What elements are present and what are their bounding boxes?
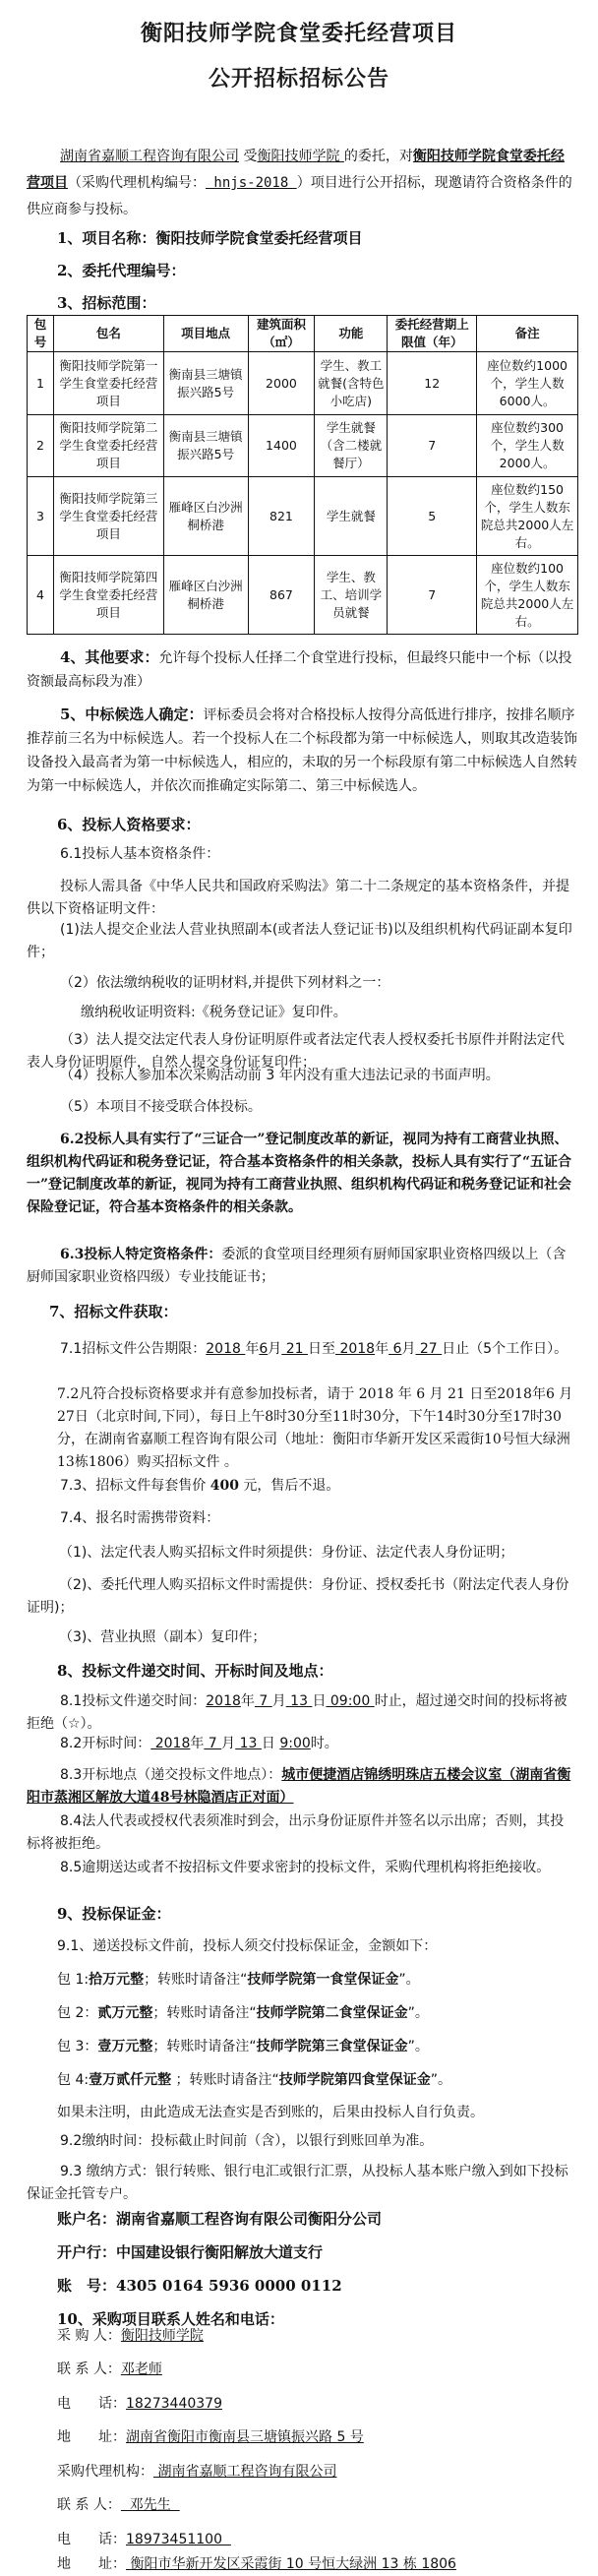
col-header-package-name: 包名 bbox=[53, 316, 163, 352]
section-3-heading: 3、招标范围： bbox=[57, 291, 598, 315]
deposit-warning: 如果未注明，由此造成无法查实是否到账的，后果由投标人自行负责。 bbox=[57, 2101, 578, 2124]
s7-4-item-2: （2)、委托代理人购买招标文件时需提供：身份证、授权委托书（附法定代表人身份证明… bbox=[27, 1574, 577, 1620]
contact-purchaser-phone: 电 话：18273440379 bbox=[57, 2394, 222, 2414]
client-name: 衡阳技师学院 bbox=[257, 149, 343, 164]
s7-2-paragraph: 7.2凡符合投标资格要求并有意参加投标者，请于 2018 年 6 月 21 日至… bbox=[57, 1383, 578, 1474]
section-8-heading: 8、投标文件递交时间、开标时间及地点： bbox=[57, 1659, 598, 1683]
col-header-location: 项目地点 bbox=[163, 316, 248, 352]
s6-1-item-2: （2）依法缴纳税收的证明材料,并提供下列材料之一： bbox=[27, 971, 577, 995]
page-title-line2: 公开招标招标公告 bbox=[0, 67, 598, 91]
section-6-heading: 6、投标人资格要求： bbox=[57, 813, 598, 836]
scope-table: 包号 包名 项目地点 建筑面积（㎡） 功能 委托经营期上限值（年） 备注 1 衡… bbox=[27, 315, 578, 635]
s9-1-paragraph: 9.1、递送投标文件前，投标人须交付投标保证金，金额如下： bbox=[57, 1934, 578, 1958]
s7-4-item-1: （1)、法定代表人购买招标文件时须提供：身份证、法定代表人身份证明； bbox=[59, 1541, 580, 1564]
s7-4-heading: 7.4、报名时需携带资料： bbox=[27, 1506, 577, 1530]
document-price: 400 bbox=[210, 1478, 239, 1494]
contact-agency-phone: 电 话：18973451100 bbox=[57, 2530, 231, 2549]
contact-purchaser-person: 联 系 人：邓老师 bbox=[57, 2360, 162, 2379]
s7-4-item-3: （3)、营业执照（副本）复印件； bbox=[59, 1625, 580, 1649]
deposit-package-1: 包 1:拾万元整；转账时请备注“技师学院第一食堂保证金”。 bbox=[57, 1968, 578, 1992]
col-header-area: 建筑面积（㎡） bbox=[248, 316, 315, 352]
agency-name: 湖南省嘉顺工程咨询有限公司 bbox=[60, 149, 239, 164]
col-header-remarks: 备注 bbox=[477, 316, 578, 352]
section-5-paragraph: 5、中标候选人确定：评标委员会将对合格投标人按得分高低进行排序，按排名顺序推荐前… bbox=[27, 703, 577, 798]
contact-agency: 采购代理机构： 湖南省嘉顺工程咨询有限公司 bbox=[57, 2462, 336, 2482]
col-header-package-no: 包号 bbox=[28, 316, 54, 352]
s6-1-heading: 6.1投标人基本资格条件： bbox=[27, 842, 577, 866]
section-7-heading: 7、招标文件获取： bbox=[49, 1300, 598, 1323]
section-2-heading: 2、委托代理编号： bbox=[57, 259, 598, 282]
s8-3-paragraph: 8.3开标地点（递交投标文件地点）：城市便捷酒店锦绣明珠店五楼会议室（湖南省衡阳… bbox=[27, 1764, 577, 1809]
s8-1-paragraph: 8.1投标文件递交时间：2018年 7 月 13 日 09:00 时止，超过递交… bbox=[27, 1690, 577, 1736]
s8-5-paragraph: 8.5逾期送达或者不按招标文件要求密封的投标文件，采购代理机构将拒绝接收。 bbox=[27, 1857, 577, 1879]
s6-1-item-4: （4）投标人参加本次采购活动前 3 年内没有重大违法记录的书面声明。 bbox=[27, 1064, 577, 1087]
table-row: 1 衡阳技师学院第一学生食堂委托经营项目 衡南县三塘镇振兴路5号 2000 学生… bbox=[28, 352, 578, 415]
s6-2-paragraph: 6.2投标人具有实行了“三证合一”登记制度改革的新证，视同为持有工商营业执照、组… bbox=[27, 1129, 577, 1219]
s9-2-paragraph: 9.2缴纳时间：投标截止时间前（含），以银行到账回单为准。 bbox=[27, 2129, 577, 2153]
s6-1-item-5: （5）本项目不接受联合体投标。 bbox=[27, 1095, 577, 1119]
s6-1-item-1: (1)法人提交企业法人营业执照副本(或者法人登记证书)以及组织机构代码证副本复印… bbox=[27, 919, 577, 964]
s6-3-paragraph: 6.3投标人特定资格条件：委派的食堂项目经理须有厨师国家职业资格四级以上（含厨师… bbox=[27, 1244, 577, 1289]
col-header-function: 功能 bbox=[315, 316, 388, 352]
table-row: 4 衡阳技师学院第四学生食堂委托经营项目 雁峰区白沙洲桐桥港 867 学生、教工… bbox=[28, 556, 578, 635]
s9-3-paragraph: 9.3 缴纳方式：银行转账、银行电汇或银行汇票，从投标人基本账户缴入到如下投标保… bbox=[27, 2161, 577, 2206]
account-name: 账户名：湖南省嘉顺工程咨询有限公司衡阳分公司 bbox=[57, 2207, 578, 2231]
page-title-line1: 衡阳技师学院食堂委托经营项目 bbox=[0, 22, 598, 45]
intro-paragraph: 湖南省嘉顺工程咨询有限公司 受衡阳技师学院 的委托，对衡阳技师学院食堂委托经营项… bbox=[27, 144, 577, 223]
deposit-package-3: 包 3：壹万元整；转账时请备注“技师学院第三食堂保证金”。 bbox=[57, 2035, 578, 2058]
contact-agency-address: 地 址： 衡阳市华新开发区采霞街 10 号恒大绿洲 13 栋 1806 bbox=[57, 2554, 456, 2574]
s7-3-paragraph: 7.3、招标文件每套售价 400 元，售后不退。 bbox=[27, 1474, 577, 1498]
contact-purchaser: 采 购 人：衡阳技师学院 bbox=[57, 2326, 204, 2346]
account-number-line: 账 号：4305 0164 5936 0000 0112 bbox=[57, 2274, 578, 2298]
section-4-paragraph: 4、其他要求：允许每个投标人任择二个食堂进行投标，但最终只能中一个标（以投资额最… bbox=[27, 645, 577, 694]
s6-1-item-2-sub: 缴纳税收证明资料:《税务登记证》复印件。 bbox=[81, 1001, 572, 1024]
deposit-package-4: 包 4:壹万贰仟元整 ；转账时请备注“技师学院第四食堂保证金”。 bbox=[57, 2068, 578, 2092]
bank-name: 开户行：中国建设银行衡阳解放大道支行 bbox=[57, 2240, 578, 2264]
col-header-term: 委托经营期上限值（年） bbox=[388, 316, 477, 352]
account-number: 4305 0164 5936 0000 0112 bbox=[116, 2277, 342, 2295]
agency-code: hnjs-2018 bbox=[206, 175, 297, 191]
s8-4-paragraph: 8.4法人代表或授权代表须准时到会，出示身份证原件并签名以示出席；否则，其投标将… bbox=[27, 1810, 577, 1856]
section-1-heading: 1、项目名称：衡阳技师学院食堂委托经营项目 bbox=[57, 226, 598, 251]
s8-2-paragraph: 8.2开标时间： 2018年 7 月 13 日 9:00时。 bbox=[27, 1732, 577, 1755]
contact-purchaser-address: 地 址：湖南省衡阳市衡南县三塘镇振兴路 5 号 bbox=[57, 2427, 364, 2447]
section-9-heading: 9、投标保证金： bbox=[57, 1902, 598, 1926]
deposit-package-2: 包 2：贰万元整；转账时请备注“技师学院第二食堂保证金”。 bbox=[57, 2001, 578, 2025]
table-header-row: 包号 包名 项目地点 建筑面积（㎡） 功能 委托经营期上限值（年） 备注 bbox=[28, 316, 578, 352]
s7-1-paragraph: 7.1招标文件公告期限：2018 年6月 21 日至 2018年 6月 27 日… bbox=[27, 1338, 577, 1361]
table-row: 3 衡阳技师学院第三学生食堂委托经营项目 雁峰区白沙洲桐桥港 821 学生就餐 … bbox=[28, 477, 578, 556]
tender-announcement-page: 衡阳技师学院食堂委托经营项目 公开招标招标公告 湖南省嘉顺工程咨询有限公司 受衡… bbox=[0, 0, 598, 2576]
contact-agency-person: 联 系 人： 邓先生 bbox=[57, 2495, 180, 2515]
s6-1-text: 投标人需具备《中华人民共和国政府采购法》第二十二条规定的基本资格条件，并提供以下… bbox=[27, 876, 577, 921]
table-row: 2 衡阳技师学院第二学生食堂委托经营项目 衡南县三塘镇振兴路5号 1400 学生… bbox=[28, 415, 578, 477]
